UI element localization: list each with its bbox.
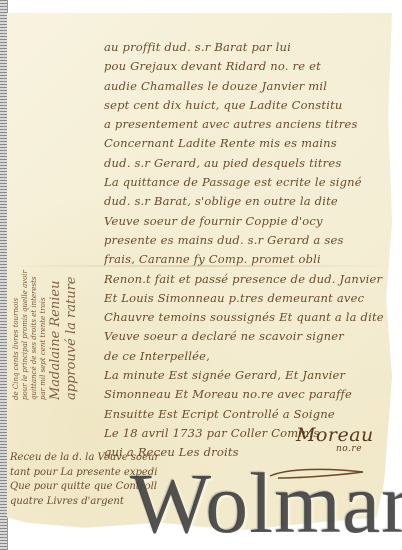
margin-note-line: quittancé de ses droits et interests: [30, 40, 38, 400]
text-line: Veuve soeur a declaré ne scavoir signer: [104, 327, 384, 346]
margin-large-line: approuvé la rature: [64, 40, 79, 400]
margin-note-line: pour le principal promis quelle avoir: [21, 40, 29, 400]
left-margin-annotations: de Cinq cents livres tournois pour le pr…: [12, 40, 72, 400]
margin-large-line: Madalaine Renieu: [48, 40, 63, 400]
text-line: Simonneau Et Moreau no.re avec paraffe: [104, 385, 384, 404]
text-line: Concernant Ladite Rente mis es mains: [104, 134, 384, 153]
margin-note-line: par mil sept cent trente trois: [39, 40, 47, 400]
text-line: pou Grejaux devant Ridard no. re et: [104, 57, 384, 76]
text-line: La minute Est signée Gerard, Et Janvier: [104, 366, 384, 385]
scale-ruler: [0, 0, 8, 550]
signature-flourish-icon: [268, 466, 368, 480]
text-line: Renon.t fait et passé presence de dud. J…: [104, 270, 384, 289]
text-line: de ce Interpellée,: [104, 347, 384, 366]
text-line: dud. s.r Barat, s'oblige en outre la dit…: [104, 192, 384, 211]
notary-signature: Moreau no.re: [296, 424, 374, 454]
text-line: dud. s.r Gerard, au pied desquels titres: [104, 154, 384, 173]
margin-note-line: de Cinq cents livres tournois: [12, 40, 20, 400]
text-line: Ensuitte Est Ecript Controllé a Soigne: [104, 405, 384, 424]
text-line: La quittance de Passage est ecrite le si…: [104, 173, 384, 192]
text-line: Et Louis Simonneau p.tres demeurant avec: [104, 289, 384, 308]
receipt-line: Receu de la d. la Veuve soeur: [10, 451, 190, 466]
text-line: a presentement avec autres anciens titre…: [104, 115, 384, 134]
signature-name: Moreau: [296, 424, 374, 446]
text-line: frais, Caranne fy Comp. promet obli: [104, 250, 384, 269]
text-line: presente es mains dud. s.r Gerard a ses: [104, 231, 384, 250]
text-line: au proffit dud. s.r Barat par lui: [104, 38, 384, 57]
receipt-line: quatre Livres d'argent: [10, 495, 190, 510]
text-line: audie Chamalles le douze Janvier mil: [104, 77, 384, 96]
text-line: Veuve soeur de fournir Coppie d'ocy: [104, 212, 384, 231]
main-body-text: au proffit dud. s.r Barat par lui pou Gr…: [104, 38, 384, 463]
receipt-note: Receu de la d. la Veuve soeur tant pour …: [10, 451, 190, 509]
receipt-line: Que pour quitte que Controll: [10, 480, 190, 495]
text-line: Chauvre temoins soussignés Et quant a la…: [104, 308, 384, 327]
text-line: sept cent dix huict, que Ladite Constitu: [104, 96, 384, 115]
receipt-line: tant pour La presente expedi: [10, 466, 190, 481]
